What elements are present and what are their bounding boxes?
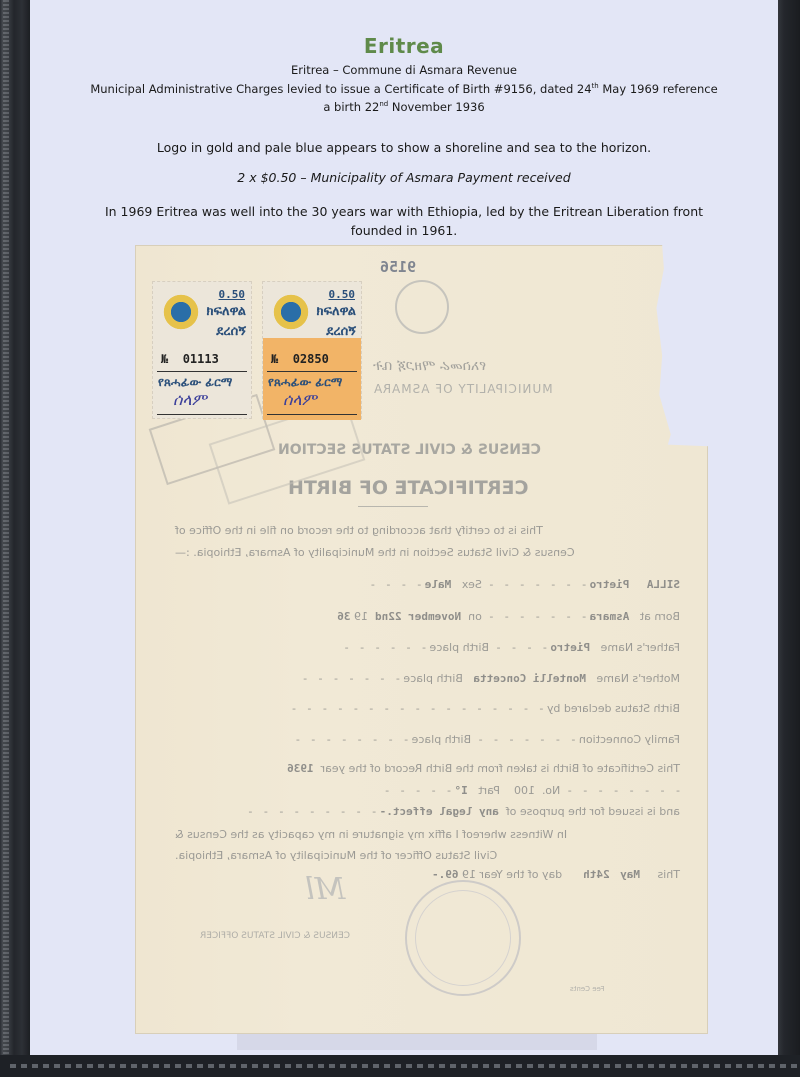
stamp-text-3: የጸሓፊው ፊርማ xyxy=(158,375,232,390)
certificate-fee-label: Fee Cents xyxy=(570,985,605,993)
stamp-text-1: ክፍለዋል xyxy=(316,304,356,319)
stamp-rule xyxy=(267,371,357,372)
stamp-text-1: ክፍለዋል xyxy=(206,304,246,319)
asmara-logo-icon xyxy=(163,290,199,330)
title-divider xyxy=(358,506,428,507)
municipal-emblem-icon xyxy=(395,280,449,334)
album-frame-left xyxy=(0,0,30,1077)
certificate-title: CERTIFICATE OF BIRTH xyxy=(288,477,528,499)
asmara-logo-icon xyxy=(273,290,309,330)
note-payment: 2 x $0.50 – Municipality of Asmara Payme… xyxy=(30,170,778,185)
description-line-1: Municipal Administrative Charges levied … xyxy=(30,82,778,96)
certificate-header-amharic: የአስመራ ማዘጋጃ ቤት xyxy=(373,358,486,374)
certificate-serial: 9156 xyxy=(380,258,416,276)
certificate-officer-label: CENSUS & CIVIL STATUS OFFICER xyxy=(200,931,350,941)
certificate-father-line: Father's Name Pietro - - - - Birth place… xyxy=(175,641,680,654)
stamp-text-3: የጸሓፊው ፊርማ xyxy=(268,375,342,390)
certificate-intro-1: This is to certify that according to the… xyxy=(175,524,543,537)
stamp-text-2: ደረሰኝ xyxy=(216,324,246,339)
certificate-family-line: Family Connection - - - - - - - Birth pl… xyxy=(175,733,680,746)
certificate-witness-2: Civil Status Officer of the Municipality… xyxy=(175,849,497,862)
stamp-rule xyxy=(157,371,247,372)
certificate-name-line: SILLA Pietro - - - - - - - Sex Male - - … xyxy=(175,578,680,591)
stamp-signature: ሰላም xyxy=(173,390,207,410)
description-line-2: a birth 22nd November 1936 xyxy=(30,100,778,114)
page-title: Eritrea xyxy=(30,34,778,58)
stamp-rule xyxy=(267,414,357,415)
certificate-witness-1: In Witness whereof I affix my signature … xyxy=(175,828,567,841)
certificate-record-line: This Certificate of Birth is taken from … xyxy=(175,762,680,775)
stamp-signature: ሰላም xyxy=(283,390,317,410)
certificate-purpose-line: and is issued for the purpose of any leg… xyxy=(175,805,680,818)
revenue-stamp-2: 0.50 ክፍለዋል ደረሰኝ № 02850 የጸሓፊው ፊርማ ሰላም xyxy=(262,281,362,419)
certificate-header-english: MUNICIPALITY OF ASMARA xyxy=(373,382,553,396)
stamp-value: 0.50 xyxy=(219,288,246,301)
stamp-text-2: ደረሰኝ xyxy=(326,324,356,339)
revenue-stamp-1: 0.50 ክፍለዋል ደረሰኝ № 01113 የጸሓፊው ፊርማ ሰላም xyxy=(152,281,252,419)
certificate-born-line: Born at Asmara - - - - - - - on November… xyxy=(175,610,680,623)
stamp-value: 0.50 xyxy=(329,288,356,301)
certificate-status-line: Birth Status declared by - - - - - - - -… xyxy=(175,702,680,715)
stamp-rule xyxy=(157,414,247,415)
album-frame-bottom xyxy=(0,1055,800,1077)
album-frame-right xyxy=(778,0,800,1077)
stamp-number: № 01113 xyxy=(161,352,219,366)
note-logo: Logo in gold and pale blue appears to sh… xyxy=(30,140,778,155)
certificate-date-line: This May 24th day of the Year 19 69.- xyxy=(175,868,680,881)
certificate-mother-line: Mother's Name Montelli Concetta Birth pl… xyxy=(175,672,680,685)
certificate-record-number-line: - - - - - - - - No. 100 Part I° - - - - … xyxy=(175,784,680,797)
officer-signature: Ml xyxy=(305,872,345,907)
page-subtitle: Eritrea – Commune di Asmara Revenue xyxy=(30,63,778,77)
certificate-intro-2: Census & Civil Status Section in the Mun… xyxy=(175,546,575,559)
stamp-number: № 02850 xyxy=(271,352,329,366)
note-history: In 1969 Eritrea was well into the 30 yea… xyxy=(30,202,778,240)
official-seal-icon xyxy=(405,880,521,996)
